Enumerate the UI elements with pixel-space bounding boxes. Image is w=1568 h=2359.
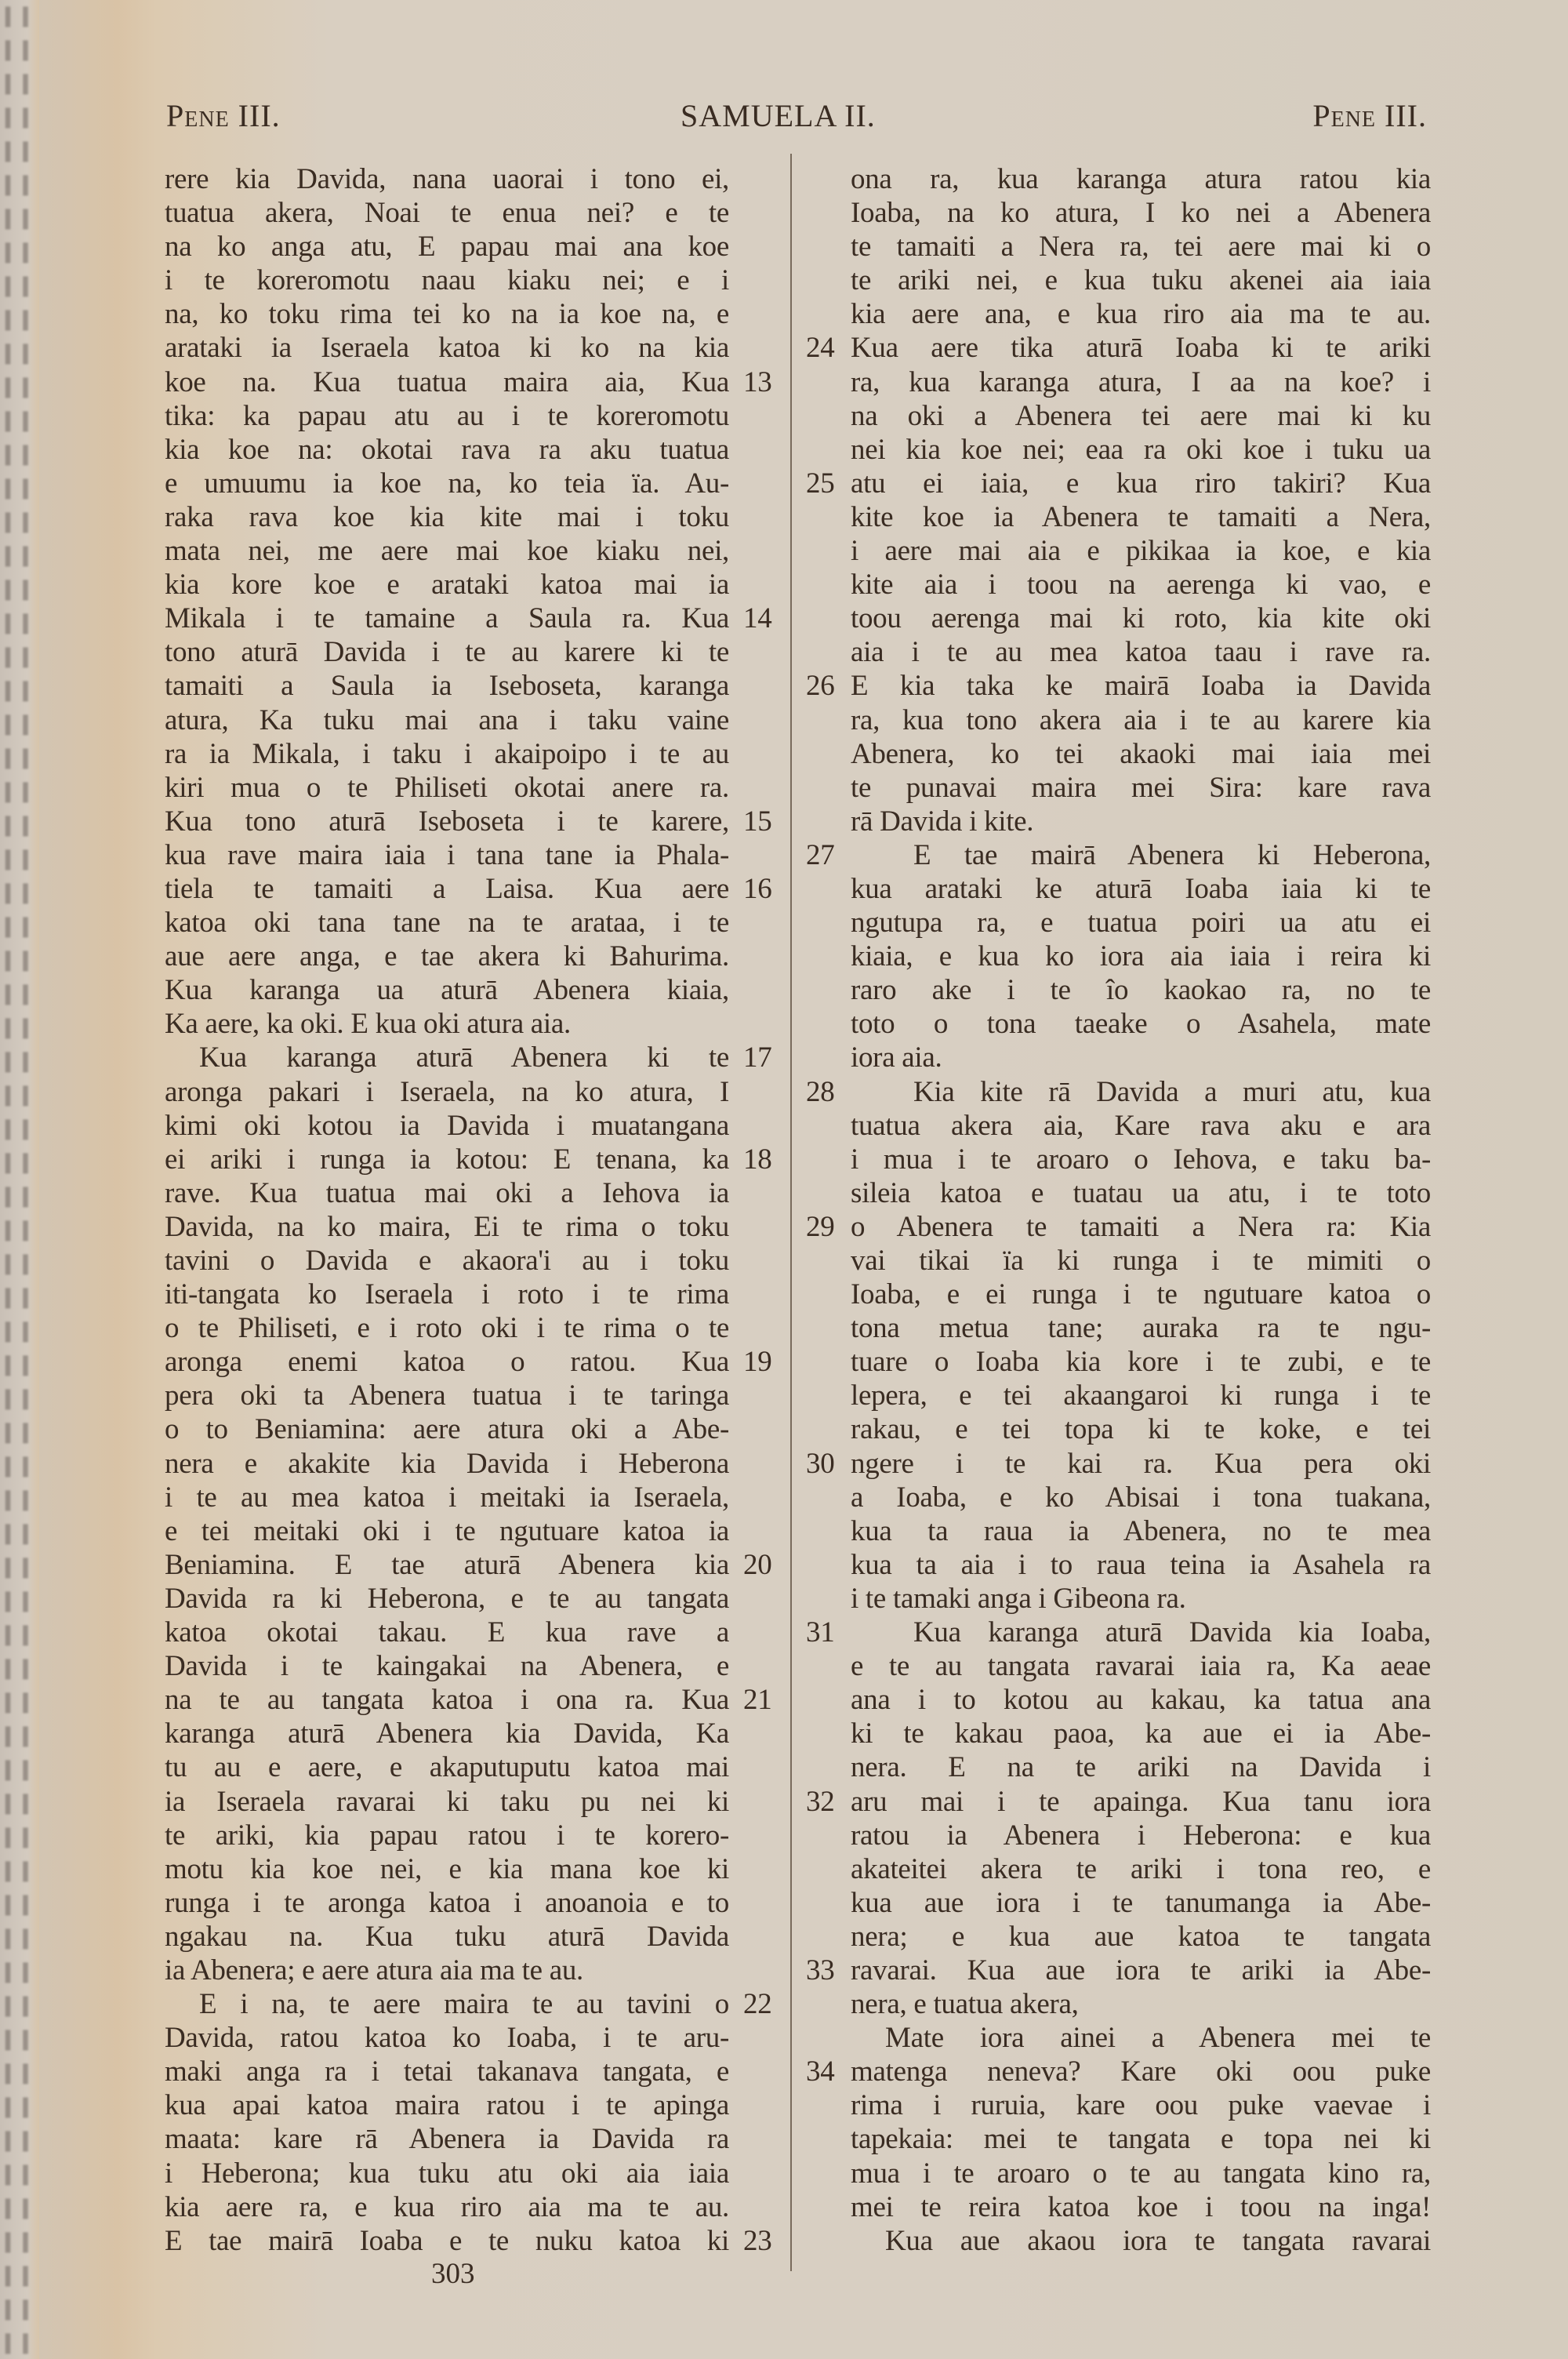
- text-line: maata: kare rā Abenera ia Davida ra: [165, 2122, 729, 2156]
- text-line: Kua aere tika aturā Ioaba ki te ariki24: [851, 331, 1431, 365]
- text-line: katoa okotai takau. E kua rave a: [165, 1616, 729, 1649]
- bleed-glyphs: ▍▍ ▍: [0, 1551, 39, 1585]
- text-line: te tamaiti a Nera ra, tei aere mai ki o: [851, 230, 1431, 264]
- text-line: motu kia koe nei, e kia mana koe ki: [165, 1852, 729, 1886]
- text-line: E kia taka ke mairā Ioaba ia Davida26: [851, 669, 1431, 703]
- text-line: Kua tono aturā Iseboseta i te karere,15: [165, 805, 729, 838]
- text-line: Ka aere, ka oki. E kua oki atura aia.: [165, 1007, 729, 1041]
- text-line: kia aere ra, e kua riro aia ma te au.: [165, 2190, 729, 2224]
- bleed-glyphs: ▍▍ ▍: [0, 2293, 39, 2327]
- running-head-right: Pene III.: [1312, 97, 1427, 136]
- bleed-glyphs: ▍▍ ▍: [0, 1180, 39, 1214]
- bleed-glyphs: ▍▍ ▍: [0, 2226, 39, 2259]
- bleed-glyphs: ▍▍ ▍: [0, 1383, 39, 1416]
- right-column: ona ra, kua karanga atura ratou kiaIoaba…: [851, 162, 1431, 2258]
- text-line: Davida, na ko maira, Ei te rima o toku: [165, 1210, 729, 1244]
- text-line: i aere mai aia e pikikaa ia koe, e kia: [851, 534, 1431, 568]
- bleed-glyphs: ▍▍ ▍: [0, 1754, 39, 1787]
- text-line: toto o tona taeake o Asahela, mate: [851, 1007, 1431, 1041]
- text-line: tono aturā Davida i te au karere ki te: [165, 635, 729, 669]
- text-line: aia i te au mea katoa taau i rave ra.: [851, 635, 1431, 669]
- bleed-glyphs: ▍▍ ▍: [0, 438, 39, 472]
- verse-number: 27: [806, 838, 834, 872]
- text-line: nei kia koe nei; eaa ra oki koe i tuku u…: [851, 433, 1431, 467]
- text-line: ngere i te kai ra. Kua pera oki30: [851, 1447, 1431, 1481]
- bleed-glyphs: ▍▍ ▍: [0, 1450, 39, 1484]
- bleed-glyphs: ▍▍ ▍: [0, 1787, 39, 1821]
- verse-number: 32: [806, 1785, 834, 1819]
- text-line: kua arataki ke aturā Ioaba iaia ki te: [851, 872, 1431, 906]
- bleed-glyphs: ▍▍ ▍: [0, 1821, 39, 1855]
- text-line: ana i to kotou au kakau, ka tatua ana: [851, 1683, 1431, 1717]
- bleed-glyphs: ▍▍ ▍: [0, 1349, 39, 1383]
- text-line: runga i te aronga katoa i anoanoia e to: [165, 1886, 729, 1920]
- text-line: E i na, te aere maira te au tavini o22: [165, 1987, 729, 2021]
- bleed-glyphs: ▍▍ ▍: [0, 911, 39, 944]
- text-line: i te au mea katoa i meitaki ia Iseraela,: [165, 1481, 729, 1514]
- running-head-center: SAMUELA II.: [681, 97, 876, 136]
- text-line: tona metua tane; auraka ra te ngu-: [851, 1311, 1431, 1345]
- bleed-glyphs: ▍▍ ▍: [0, 607, 39, 641]
- text-line: ngakau na. Kua tuku aturā Davida: [165, 1920, 729, 1954]
- text-line: e umuumu ia koe na, ko teia ïa. Au-: [165, 467, 729, 500]
- text-line: Davida ra ki Heberona, e te au tangata: [165, 1582, 729, 1616]
- text-line: tuare o Ioaba kia kore i te zubi, e te: [851, 1345, 1431, 1379]
- text-line: kite koe ia Abenera te tamaiti a Nera,: [851, 500, 1431, 534]
- text-line: koe na. Kua tuatua maira aia, Kua13: [165, 365, 729, 399]
- text-line: Ioaba, na ko atura, I ko nei a Abenera: [851, 196, 1431, 230]
- bleed-glyphs: ▍▍ ▍: [0, 1045, 39, 1079]
- bleed-glyphs: ▍▍ ▍: [0, 2091, 39, 2125]
- bleed-glyphs: ▍▍ ▍: [0, 1012, 39, 1045]
- text-line: kia koe na: okotai rava ra aku tuatua: [165, 433, 729, 467]
- verse-number: 26: [806, 669, 834, 703]
- bleed-glyphs: ▍▍ ▍: [0, 2259, 39, 2293]
- verse-number: 19: [743, 1345, 771, 1379]
- verse-number: 29: [806, 1210, 834, 1244]
- bleed-glyphs: ▍▍ ▍: [0, 1922, 39, 1956]
- text-line: atura, Ka tuku mai ana i taku vaine: [165, 703, 729, 737]
- text-line: ei ariki i runga ia kotou: E tenana, ka1…: [165, 1143, 729, 1176]
- text-line: mua i te aroaro o te au tangata kino ra,: [851, 2157, 1431, 2190]
- text-line: na te au tangata katoa i ona ra. Kua21: [165, 1683, 729, 1717]
- text-line: mata nei, me aere mai koe kiaku nei,: [165, 534, 729, 568]
- text-line: tiela te tamaiti a Laisa. Kua aere16: [165, 872, 729, 906]
- chapter-label-right: Pene III.: [1312, 98, 1427, 133]
- bleed-glyphs: ▍▍ ▍: [0, 270, 39, 304]
- book-page: ▍▍ ▍▍▍ ▍▍▍ ▍▍▍ ▍▍▍ ▍▍▍ ▍▍▍ ▍▍▍ ▍▍▍ ▍▍▍ ▍…: [0, 0, 1568, 2359]
- bleed-glyphs: ▍▍ ▍: [0, 405, 39, 438]
- left-column: rere kia Davida, nana uaorai i tono ei,t…: [165, 162, 729, 2258]
- bleed-glyphs: ▍▍ ▍: [0, 1416, 39, 1450]
- bleed-glyphs: ▍▍ ▍: [0, 506, 39, 540]
- bleed-glyphs: ▍▍ ▍: [0, 1315, 39, 1349]
- bleed-glyphs: ▍▍ ▍: [0, 236, 39, 270]
- verse-number: 25: [806, 467, 834, 500]
- bleed-glyphs: ▍▍ ▍: [0, 944, 39, 978]
- bleed-glyphs: ▍▍ ▍: [0, 2158, 39, 2192]
- column-divider: [790, 154, 792, 2271]
- text-line: ia Iseraela ravarai ki taku pu nei ki: [165, 1785, 729, 1819]
- bleed-glyphs: ▍▍ ▍: [0, 1113, 39, 1147]
- bleed-glyphs: ▍▍ ▍: [0, 1214, 39, 1248]
- verse-number: 16: [743, 872, 771, 906]
- chapter-label-left: Pene III.: [166, 98, 281, 133]
- verse-number: 15: [743, 805, 771, 838]
- bleed-glyphs: ▍▍ ▍: [0, 1079, 39, 1113]
- text-line: tavini o Davida e akaora'i au i toku: [165, 1244, 729, 1278]
- bleed-glyphs: ▍▍ ▍: [0, 1855, 39, 1888]
- text-line: ratou ia Abenera i Heberona: e kua: [851, 1819, 1431, 1852]
- text-line: Kia kite rā Davida a muri atu, kua28: [851, 1075, 1431, 1109]
- verse-number: 20: [743, 1548, 771, 1582]
- text-line: te punavai maira mei Sira: kare rava: [851, 771, 1431, 805]
- book-title: SAMUELA II.: [681, 98, 876, 133]
- text-line: o to Beniamina: aere atura oki a Abe-: [165, 1412, 729, 1446]
- text-line: i te tamaki anga i Gibeona ra.: [851, 1582, 1431, 1616]
- text-line: karanga aturā Abenera kia Davida, Ka: [165, 1717, 729, 1750]
- text-line: Mikala i te tamaine a Saula ra. Kua14: [165, 602, 729, 635]
- text-line: na ko anga atu, E papau mai ana koe: [165, 230, 729, 264]
- text-line: tapekaia: mei te tangata e topa nei ki: [851, 2122, 1431, 2156]
- text-line: tu au e aere, e akaputuputu katoa mai: [165, 1750, 729, 1784]
- bleed-glyphs: ▍▍ ▍: [0, 101, 39, 135]
- verse-number: 21: [743, 1683, 771, 1717]
- text-line: i te koreromotu naau kiaku nei; e i: [165, 264, 729, 297]
- text-line: te ariki, kia papau ratou i te korero-: [165, 1819, 729, 1852]
- text-line: E tae mairā Ioaba e te nuku katoa ki23: [165, 2224, 729, 2258]
- bleed-glyphs: ▍▍ ▍: [0, 1619, 39, 1652]
- text-line: ki te kakau paoa, ka aue ei ia Abe-: [851, 1717, 1431, 1750]
- text-line: kua ta raua ia Abenera, no te mea: [851, 1514, 1431, 1548]
- text-line: Davida, ratou katoa ko Ioaba, i te aru-: [165, 2021, 729, 2055]
- bleed-glyphs: ▍▍ ▍: [0, 1888, 39, 1922]
- text-line: i mua i te aroaro o Iehova, e taku ba-: [851, 1143, 1431, 1176]
- bleed-glyphs: ▍▍ ▍: [0, 641, 39, 674]
- text-line: rā Davida i kite.: [851, 805, 1431, 838]
- bleed-glyphs: ▍▍ ▍: [0, 371, 39, 405]
- text-line: Mate iora ainei a Abenera mei te: [851, 2021, 1431, 2055]
- text-line: na, ko toku rima tei ko na ia koe na, e: [165, 297, 729, 331]
- bleed-glyphs: ▍▍ ▍: [0, 2327, 39, 2359]
- bleed-glyphs: ▍▍ ▍: [0, 472, 39, 506]
- verse-number: 23: [743, 2224, 771, 2258]
- text-line: maki anga ra i tetai takanava tangata, e: [165, 2055, 729, 2088]
- bleed-glyphs: ▍▍ ▍: [0, 1652, 39, 1686]
- verse-number: 18: [743, 1143, 771, 1176]
- text-line: ravarai. Kua aue iora te ariki ia Abe-33: [851, 1954, 1431, 1987]
- text-line: a Ioaba, e ko Abisai i tona tuakana,: [851, 1481, 1431, 1514]
- text-line: ra, kua tono akera aia i te au karere ki…: [851, 703, 1431, 737]
- bleed-glyphs: ▍▍ ▍: [0, 2023, 39, 2057]
- text-line: iti-tangata ko Iseraela i roto i te rima: [165, 1278, 729, 1311]
- bleed-glyphs: ▍▍ ▍: [0, 1585, 39, 1619]
- text-line: kia kore koe e arataki katoa mai ia: [165, 568, 729, 602]
- bleed-glyphs: ▍▍ ▍: [0, 1147, 39, 1180]
- verse-number: 31: [806, 1616, 834, 1649]
- bleed-glyphs: ▍▍ ▍: [0, 2125, 39, 2158]
- bleed-glyphs: ▍▍ ▍: [0, 1518, 39, 1551]
- text-line: ra ia Mikala, i taku i akaipoipo i te au: [165, 737, 729, 771]
- text-line: kua apai katoa maira ratou i te apinga: [165, 2088, 729, 2122]
- verse-number: 33: [806, 1954, 834, 1987]
- facing-page-edge: ▍▍ ▍▍▍ ▍▍▍ ▍▍▍ ▍▍▍ ▍▍▍ ▍▍▍ ▍▍▍ ▍▍▍ ▍▍▍ ▍…: [0, 0, 39, 2359]
- bleed-glyphs: ▍▍ ▍: [0, 843, 39, 877]
- text-line: sileia katoa e tuatau ua atu, i te toto: [851, 1176, 1431, 1210]
- text-line: kite aia i toou na aerenga ki vao, e: [851, 568, 1431, 602]
- text-line: kua aue iora i te tanumanga ia Abe-: [851, 1886, 1431, 1920]
- bleed-glyphs: ▍▍ ▍: [0, 674, 39, 708]
- text-line: i Heberona; kua tuku atu oki aia iaia: [165, 2157, 729, 2190]
- text-line: kia aere ana, e kua riro aia ma te au.: [851, 297, 1431, 331]
- text-line: matenga neneva? Kare oki oou puke34: [851, 2055, 1431, 2088]
- verse-number: 30: [806, 1447, 834, 1481]
- bleed-glyphs: ▍▍ ▍: [0, 877, 39, 911]
- text-line: Davida i te kaingakai na Abenera, e: [165, 1649, 729, 1683]
- text-line: kiaia, e kua ko iora aia iaia i reira ki: [851, 940, 1431, 973]
- text-line: Kua karanga aturā Davida kia Ioaba,31: [851, 1616, 1431, 1649]
- text-line: atu ei iaia, e kua riro takiri? Kua25: [851, 467, 1431, 500]
- bleed-glyphs: ▍▍ ▍: [0, 1686, 39, 1720]
- text-line: pera oki ta Abenera tuatua i te taringa: [165, 1379, 729, 1412]
- text-line: aue aere anga, e tae akera ki Bahurima.: [165, 940, 729, 973]
- text-line: nera e akakite kia Davida i Heberona: [165, 1447, 729, 1481]
- text-line: nera, e tuatua akera,: [851, 1987, 1431, 2021]
- text-line: katoa oki tana tane na te arataa, i te: [165, 906, 729, 940]
- verse-number: 34: [806, 2055, 834, 2088]
- text-line: na oki a Abenera tei aere mai ki ku: [851, 399, 1431, 433]
- bleed-glyphs: ▍▍ ▍: [0, 978, 39, 1012]
- bleed-glyphs: ▍▍ ▍: [0, 2057, 39, 2091]
- text-line: tika: ka papau atu au i te koreromotu: [165, 399, 729, 433]
- text-line: lepera, e tei akaangaroi ki runga i te: [851, 1379, 1431, 1412]
- text-line: ia Abenera; e aere atura aia ma te au.: [165, 1954, 729, 1987]
- text-line: aru mai i te apainga. Kua tanu iora32: [851, 1785, 1431, 1819]
- text-line: kiri mua o te Philiseti okotai anere ra.: [165, 771, 729, 805]
- text-line: vai tikai ïa ki runga i te mimiti o: [851, 1244, 1431, 1278]
- text-line: ngutupa ra, e tuatua poiri ua atu ei: [851, 906, 1431, 940]
- text-line: te ariki nei, e kua tuku akenei aia iaia: [851, 264, 1431, 297]
- text-line: akateitei akera te ariki i tona reo, e: [851, 1852, 1431, 1886]
- bleed-glyphs: ▍▍ ▍: [0, 742, 39, 776]
- bleed-glyphs: ▍▍ ▍: [0, 809, 39, 843]
- bleed-glyphs: ▍▍ ▍: [0, 708, 39, 742]
- bleed-glyphs: ▍▍ ▍: [0, 1956, 39, 1990]
- text-line: e te au tangata ravarai iaia ra, Ka aeae: [851, 1649, 1431, 1683]
- text-line: raro ake i te îo kaokao ra, no te: [851, 973, 1431, 1007]
- bleed-glyphs: ▍▍ ▍: [0, 573, 39, 607]
- text-line: Beniamina. E tae aturā Abenera kia20: [165, 1548, 729, 1582]
- text-line: rave. Kua tuatua mai oki a Iehova ia: [165, 1176, 729, 1210]
- bleed-glyphs: ▍▍ ▍: [0, 1484, 39, 1518]
- text-line: ona ra, kua karanga atura ratou kia: [851, 162, 1431, 196]
- bleed-glyphs: ▍▍ ▍: [0, 1720, 39, 1754]
- text-line: tamaiti a Saula ia Iseboseta, karanga: [165, 669, 729, 703]
- bleed-glyphs: ▍▍ ▍: [0, 776, 39, 809]
- bleed-glyphs: ▍▍ ▍: [0, 202, 39, 236]
- text-line: arataki ia Iseraela katoa ki ko na kia: [165, 331, 729, 365]
- bleed-glyphs: ▍▍ ▍: [0, 1248, 39, 1281]
- text-line: raka rava koe kia kite mai i toku: [165, 500, 729, 534]
- text-line: toou aerenga mai ki roto, kia kite oki: [851, 602, 1431, 635]
- bleed-glyphs: ▍▍ ▍: [0, 169, 39, 202]
- text-line: e tei meitaki oki i te ngutuare katoa ia: [165, 1514, 729, 1548]
- verse-number: 13: [743, 365, 771, 399]
- text-line: aronga pakari i Iseraela, na ko atura, I: [165, 1075, 729, 1109]
- text-line: ra, kua karanga atura, I aa na koe? i: [851, 365, 1431, 399]
- bleed-glyphs: ▍▍ ▍: [0, 337, 39, 371]
- text-line: aronga enemi katoa o ratou. Kua19: [165, 1345, 729, 1379]
- text-line: iora aia.: [851, 1041, 1431, 1074]
- verse-number: 24: [806, 331, 834, 365]
- bleed-glyphs: ▍▍ ▍: [0, 135, 39, 169]
- page-number: 303: [431, 2257, 475, 2291]
- verse-number: 14: [743, 602, 771, 635]
- bleed-glyphs: ▍▍ ▍: [0, 540, 39, 573]
- bleed-glyphs: ▍▍ ▍: [0, 1990, 39, 2023]
- text-line: kimi oki kotou ia Davida i muatangana: [165, 1109, 729, 1143]
- bleed-glyphs: ▍▍ ▍: [0, 2192, 39, 2226]
- bleed-glyphs: ▍▍ ▍: [0, 0, 39, 34]
- text-line: Ioaba, e ei runga i te ngutuare katoa o: [851, 1278, 1431, 1311]
- text-line: Abenera, ko tei akaoki mai iaia mei: [851, 737, 1431, 771]
- text-line: rere kia Davida, nana uaorai i tono ei,: [165, 162, 729, 196]
- verse-number: 17: [743, 1041, 771, 1074]
- verse-number: 28: [806, 1075, 834, 1109]
- text-line: rakau, e tei topa ki te koke, e tei: [851, 1412, 1431, 1446]
- bleed-glyphs: ▍▍ ▍: [0, 34, 39, 67]
- text-line: kua rave maira iaia i tana tane ia Phala…: [165, 838, 729, 872]
- text-line: nera; e kua aue katoa te tangata: [851, 1920, 1431, 1954]
- text-line: tuatua akera, Noai te enua nei? e te: [165, 196, 729, 230]
- text-line: Kua karanga aturā Abenera ki te17: [165, 1041, 729, 1074]
- text-line: mei te reira katoa koe i toou na inga!: [851, 2190, 1431, 2224]
- text-line: tuatua akera aia, Kare rava aku e ara: [851, 1109, 1431, 1143]
- text-line: nera. E na te ariki na Davida i: [851, 1750, 1431, 1784]
- text-line: Kua karanga ua aturā Abenera kiaia,: [165, 973, 729, 1007]
- text-line: o Abenera te tamaiti a Nera ra: Kia29: [851, 1210, 1431, 1244]
- running-head-left: Pene III.: [166, 97, 281, 136]
- text-line: o te Philiseti, e i roto oki i te rima o…: [165, 1311, 729, 1345]
- text-line: rima i ruruia, kare oou puke vaevae i: [851, 2088, 1431, 2122]
- text-line: E tae mairā Abenera ki Heberona,27: [851, 838, 1431, 872]
- text-line: Kua aue akaou iora te tangata ravarai: [851, 2224, 1431, 2258]
- verse-number: 22: [743, 1987, 771, 2021]
- bleed-glyphs: ▍▍ ▍: [0, 304, 39, 337]
- bleed-glyphs: ▍▍ ▍: [0, 67, 39, 101]
- bleed-glyphs: ▍▍ ▍: [0, 1281, 39, 1315]
- text-line: kua ta aia i to raua teina ia Asahela ra: [851, 1548, 1431, 1582]
